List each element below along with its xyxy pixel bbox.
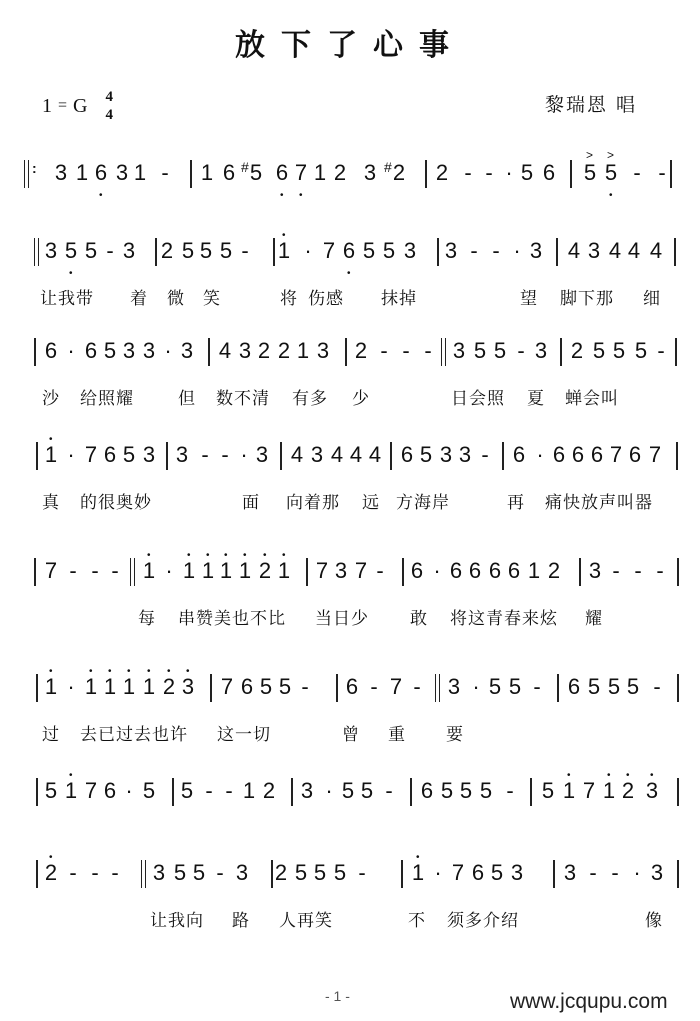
barline [556, 238, 558, 266]
sharp-icon: # [241, 152, 249, 182]
note: 6 [488, 556, 502, 586]
high-octave-dot: • [607, 771, 611, 781]
note: 3 [447, 672, 461, 702]
repeat-start-barline [24, 160, 29, 188]
note: 5 [541, 776, 555, 806]
double-barline [435, 674, 440, 702]
note: 6 [222, 158, 236, 188]
dash-extension: - [482, 158, 496, 188]
note: 5# [249, 158, 263, 188]
high-octave-dot: • [626, 771, 630, 781]
note: 5 [173, 858, 187, 888]
barline [402, 558, 404, 586]
note: 1 [313, 158, 327, 188]
note: 1• [142, 556, 156, 586]
dot-extension: · [64, 672, 78, 702]
lyrics-line: 让我带着微笑将伤感抹掉望脚下那细 [0, 284, 700, 310]
lyric-text: 远 [362, 488, 380, 513]
lyric-text: 脚下那 [560, 284, 614, 309]
dash-extension: - [421, 336, 435, 366]
note: 1• [602, 776, 616, 806]
lyric-text: 日会照 [451, 384, 505, 409]
barline [425, 160, 427, 188]
note: 3 [439, 440, 453, 470]
barline [676, 442, 678, 470]
note: 6 [512, 440, 526, 470]
note: 3 [403, 236, 417, 266]
note: 1• [277, 236, 291, 266]
dash-extension: - [608, 858, 622, 888]
note: 6 [44, 336, 58, 366]
note: 5 [382, 236, 396, 266]
dash-extension: - [399, 336, 413, 366]
key-signature: 1 = G 4 4 [42, 88, 113, 124]
dash-extension: - [650, 672, 664, 702]
note: 7 [582, 776, 596, 806]
lyric-text: 耀 [585, 604, 603, 629]
dot-extension: · [161, 336, 175, 366]
lyric-text: 少 [352, 384, 370, 409]
barline [410, 778, 412, 806]
high-octave-dot: • [69, 771, 73, 781]
dot-extension: · [322, 776, 336, 806]
dash-extension: - [103, 236, 117, 266]
note: 1 [296, 336, 310, 366]
lyric-text: 串赞美也不比 [178, 604, 286, 629]
lyric-text: 有多 [292, 384, 328, 409]
note: 1• [44, 672, 58, 702]
dot-extension: · [301, 236, 315, 266]
note: 4 [330, 440, 344, 470]
note: 5 [192, 858, 206, 888]
note: 5> [583, 158, 597, 188]
dash-extension: - [373, 556, 387, 586]
note: 7 [315, 556, 329, 586]
note: 5 [634, 336, 648, 366]
lyric-text: 数不清 [216, 384, 270, 409]
note: 5 [419, 440, 433, 470]
note: 3• [181, 672, 195, 702]
note: 5 [313, 858, 327, 888]
note: 1• [219, 556, 233, 586]
double-barline [441, 338, 446, 366]
note: 3 [510, 858, 524, 888]
barline [677, 558, 679, 586]
note: 4 [290, 440, 304, 470]
dot-extension: · [122, 776, 136, 806]
lyric-text: 将 [280, 284, 298, 309]
lyric-text: 将这青春来炫 [450, 604, 558, 629]
high-octave-dot: • [49, 435, 53, 445]
lyric-text: 过 [42, 720, 60, 745]
dot-extension: · [162, 556, 176, 586]
note: 6 [468, 556, 482, 586]
note: 3 [529, 236, 543, 266]
barline [570, 160, 572, 188]
high-octave-dot: • [147, 667, 151, 677]
note: 4 [649, 236, 663, 266]
barline [34, 558, 36, 586]
lyric-text: 面 [242, 488, 260, 513]
dash-extension: - [489, 236, 503, 266]
note: 3 [152, 858, 166, 888]
note: 3 [180, 336, 194, 366]
lyric-text: 方海岸 [396, 488, 450, 513]
lyrics-line: 过去已过去也许这一切曾重要 [0, 720, 700, 746]
high-octave-dot: • [187, 551, 191, 561]
notes-line: 1•·1•1•1•1•2•3•7655-6-7-3·55-6555- [0, 672, 700, 712]
high-octave-dot: • [243, 551, 247, 561]
double-barline [130, 558, 135, 586]
note: 2• [44, 858, 58, 888]
key-do: 1 [42, 95, 52, 118]
note: 5 [341, 776, 355, 806]
note: 4 [567, 236, 581, 266]
note: 5 [103, 336, 117, 366]
note: 6 [471, 858, 485, 888]
lyric-text: 每 [138, 604, 156, 629]
note: 1• [238, 556, 252, 586]
dash-extension: - [410, 672, 424, 702]
barline [675, 338, 677, 366]
note: 1 [242, 776, 256, 806]
dash-extension: - [218, 440, 232, 470]
note: 6 [240, 672, 254, 702]
note: 3 [650, 858, 664, 888]
note: 7 [451, 858, 465, 888]
note: 5 [459, 776, 473, 806]
dash-extension: - [198, 440, 212, 470]
note: 3 [310, 440, 324, 470]
note: 4 [608, 236, 622, 266]
high-octave-dot: • [89, 667, 93, 677]
barline [36, 674, 38, 702]
note: 1• [122, 672, 136, 702]
double-barline [141, 860, 146, 888]
singer-credit: 黎瑞恩 唱 [545, 90, 637, 117]
barline [280, 442, 282, 470]
lyric-text: 抹掉 [381, 284, 417, 309]
note: 3 [563, 858, 577, 888]
note: 5 [490, 858, 504, 888]
barline [530, 778, 532, 806]
note: 3 [44, 236, 58, 266]
high-octave-dot: • [650, 771, 654, 781]
note: 5 [219, 236, 233, 266]
note: 2# [392, 158, 406, 188]
barline [336, 674, 338, 702]
note: 5 [607, 672, 621, 702]
notes-line: 35•5-32555-1•·76•5533--·343444 [0, 236, 700, 276]
double-barline [34, 238, 39, 266]
note: 5 [360, 776, 374, 806]
note: 5 [587, 672, 601, 702]
note: 5 [259, 672, 273, 702]
lyric-text: 蝉会叫 [565, 384, 619, 409]
barline [677, 860, 679, 888]
barline [557, 674, 559, 702]
note: 2 [435, 158, 449, 188]
dash-extension: - [586, 858, 600, 888]
lyric-text: 敢 [410, 604, 428, 629]
note: 5 [44, 776, 58, 806]
key-equals: = [58, 97, 67, 115]
barline [36, 860, 38, 888]
lyrics-line: 真的很奥妙面向着那远方海岸再痛快放声叫器 [0, 488, 700, 514]
barline [210, 674, 212, 702]
lyric-text: 给照耀 [80, 384, 134, 409]
note: 3 [363, 158, 377, 188]
high-octave-dot: • [282, 231, 286, 241]
note: 3 [238, 336, 252, 366]
lyric-text: 让我向 [150, 906, 204, 931]
dash-extension: - [630, 158, 644, 188]
lyric-text: 重 [388, 720, 406, 745]
website-watermark: www.jcqupu.com [510, 990, 668, 1014]
high-octave-dot: • [108, 667, 112, 677]
low-octave-dot: • [280, 191, 284, 201]
note: 1• [277, 556, 291, 586]
note: 3 [255, 440, 269, 470]
note: 3 [142, 440, 156, 470]
note: 5 [333, 858, 347, 888]
lyrics-line: 沙给照耀但数不清有多少日会照夏蝉会叫 [0, 384, 700, 410]
lyric-text: 着 [130, 284, 148, 309]
note: 2 [262, 776, 276, 806]
barline [560, 338, 562, 366]
lyric-text: 伤感 [308, 284, 344, 309]
note: 1• [103, 672, 117, 702]
barline [670, 160, 672, 188]
barline [291, 778, 293, 806]
note: 3 [115, 158, 129, 188]
low-octave-dot: • [347, 269, 351, 279]
dot-extension: · [469, 672, 483, 702]
barline [553, 860, 555, 888]
repeat-dots: : [32, 164, 37, 172]
note: 1• [142, 672, 156, 702]
lyrics-line [0, 824, 700, 850]
lyric-text: 不 [408, 906, 426, 931]
lyric-text: 像 [645, 906, 663, 931]
lyric-text: 夏 [527, 384, 545, 409]
note: 6 [103, 440, 117, 470]
note: 3 [122, 236, 136, 266]
note: 2• [621, 776, 635, 806]
dash-extension: - [66, 858, 80, 888]
dash-extension: - [461, 158, 475, 188]
note: 5 [199, 236, 213, 266]
time-top: 4 [105, 88, 113, 106]
high-octave-dot: • [167, 667, 171, 677]
note: 3 [54, 158, 68, 188]
high-octave-dot: • [416, 853, 420, 863]
low-octave-dot: • [99, 191, 103, 201]
note: 2• [258, 556, 272, 586]
note: 3 [452, 336, 466, 366]
note: 2 [333, 158, 347, 188]
dash-extension: - [382, 776, 396, 806]
high-octave-dot: • [206, 551, 210, 561]
time-signature: 4 4 [105, 88, 113, 124]
note: 2 [570, 336, 584, 366]
note: 6 [449, 556, 463, 586]
note: 6 [345, 672, 359, 702]
barline [674, 238, 676, 266]
note: 1• [84, 672, 98, 702]
high-octave-dot: • [49, 853, 53, 863]
low-octave-dot: • [609, 191, 613, 201]
low-octave-dot: • [69, 269, 73, 279]
lyric-text: 要 [446, 720, 464, 745]
note: 6 [542, 158, 556, 188]
note: 6 [84, 336, 98, 366]
notes-line: 51•76·55--123·55-6555-51•71•2•3• [0, 776, 700, 816]
note: 3 [235, 858, 249, 888]
note: 2 [257, 336, 271, 366]
dash-extension: - [655, 158, 669, 188]
note: 5 [520, 158, 534, 188]
note: 3 [534, 336, 548, 366]
song-title: 放下了心事 [0, 20, 700, 64]
barline [306, 558, 308, 586]
note: 6 [420, 776, 434, 806]
note: 5 [278, 672, 292, 702]
note: 5 [440, 776, 454, 806]
lyric-text: 再 [507, 488, 525, 513]
note: 6• [342, 236, 356, 266]
note: 6 [571, 440, 585, 470]
note: 6 [410, 556, 424, 586]
note: 5 [479, 776, 493, 806]
dash-extension: - [503, 776, 517, 806]
notes-line: 2•---355-32555-1•·76533--·3 [0, 858, 700, 898]
note: 1 [133, 158, 147, 188]
high-octave-dot: • [224, 551, 228, 561]
note: 1• [44, 440, 58, 470]
dash-extension: - [377, 336, 391, 366]
note: 1• [562, 776, 576, 806]
note: 6 [400, 440, 414, 470]
lyric-text: 痛快放声叫器 [545, 488, 653, 513]
notes-line: 6·6533·34322132---355-32555- [0, 336, 700, 376]
dash-extension: - [222, 776, 236, 806]
note: 6• [94, 158, 108, 188]
note: 5 [488, 672, 502, 702]
note: 3• [645, 776, 659, 806]
dash-extension: - [478, 440, 492, 470]
note: 5 [181, 236, 195, 266]
note: 2 [160, 236, 174, 266]
key-note: G [73, 95, 87, 118]
note: 6 [590, 440, 604, 470]
note: 2 [547, 556, 561, 586]
lyric-text: 须多介绍 [447, 906, 519, 931]
note: 5 [508, 672, 522, 702]
note: 6 [103, 776, 117, 806]
note: 5 [122, 440, 136, 470]
barline [36, 778, 38, 806]
note: 5 [626, 672, 640, 702]
note: 5 [142, 776, 156, 806]
barline [34, 338, 36, 366]
lyric-text: 路 [232, 906, 250, 931]
note: 4 [627, 236, 641, 266]
dash-extension: - [88, 556, 102, 586]
note: 4 [218, 336, 232, 366]
dash-extension: - [88, 858, 102, 888]
lyric-text: 去已过去也许 [80, 720, 188, 745]
note: 6• [275, 158, 289, 188]
lyric-text: 笑 [203, 284, 221, 309]
note: 7 [44, 556, 58, 586]
note: 7 [84, 776, 98, 806]
note: 3 [458, 440, 472, 470]
note: 5• [64, 236, 78, 266]
lyric-text: 沙 [42, 384, 60, 409]
lyric-text: 向着那 [286, 488, 340, 513]
dot-extension: · [430, 556, 444, 586]
barline [155, 238, 157, 266]
high-octave-dot: • [127, 667, 131, 677]
note: 3 [122, 336, 136, 366]
dot-extension: · [502, 158, 516, 188]
dot-extension: · [510, 236, 524, 266]
barline [390, 442, 392, 470]
lyrics-line: 每串赞美也不比当日少敢将这青春来炫耀 [0, 604, 700, 630]
dot-extension: · [237, 440, 251, 470]
note: 7 [84, 440, 98, 470]
barline [579, 558, 581, 586]
notes-line: :316•31-165#6•7•1232#2--·565>5•>-- [0, 158, 700, 198]
note: 7• [294, 158, 308, 188]
note: 2 [354, 336, 368, 366]
note: 1 [527, 556, 541, 586]
barline [166, 442, 168, 470]
barline [401, 860, 403, 888]
note: 1• [182, 556, 196, 586]
lyric-text: 真 [42, 488, 60, 513]
note: 2 [277, 336, 291, 366]
dot-extension: · [64, 440, 78, 470]
note: 5•> [604, 158, 618, 188]
lyric-text: 微 [167, 284, 185, 309]
note: 4 [368, 440, 382, 470]
note: 1 [200, 158, 214, 188]
note: 3 [444, 236, 458, 266]
dash-extension: - [467, 236, 481, 266]
note: 5 [592, 336, 606, 366]
note: 6 [552, 440, 566, 470]
dot-extension: · [64, 336, 78, 366]
high-octave-dot: • [49, 667, 53, 677]
barline [36, 442, 38, 470]
note: 5 [294, 858, 308, 888]
note: 1• [411, 858, 425, 888]
note: 7 [389, 672, 403, 702]
accent-icon: > [586, 140, 593, 170]
barline [190, 160, 192, 188]
note: 3 [588, 556, 602, 586]
lyric-text: 这一切 [217, 720, 271, 745]
note: 3 [587, 236, 601, 266]
dash-extension: - [530, 672, 544, 702]
dash-extension: - [66, 556, 80, 586]
lyric-text: 人再笑 [279, 906, 333, 931]
high-octave-dot: • [147, 551, 151, 561]
dash-extension: - [653, 556, 667, 586]
note: 6 [507, 556, 521, 586]
